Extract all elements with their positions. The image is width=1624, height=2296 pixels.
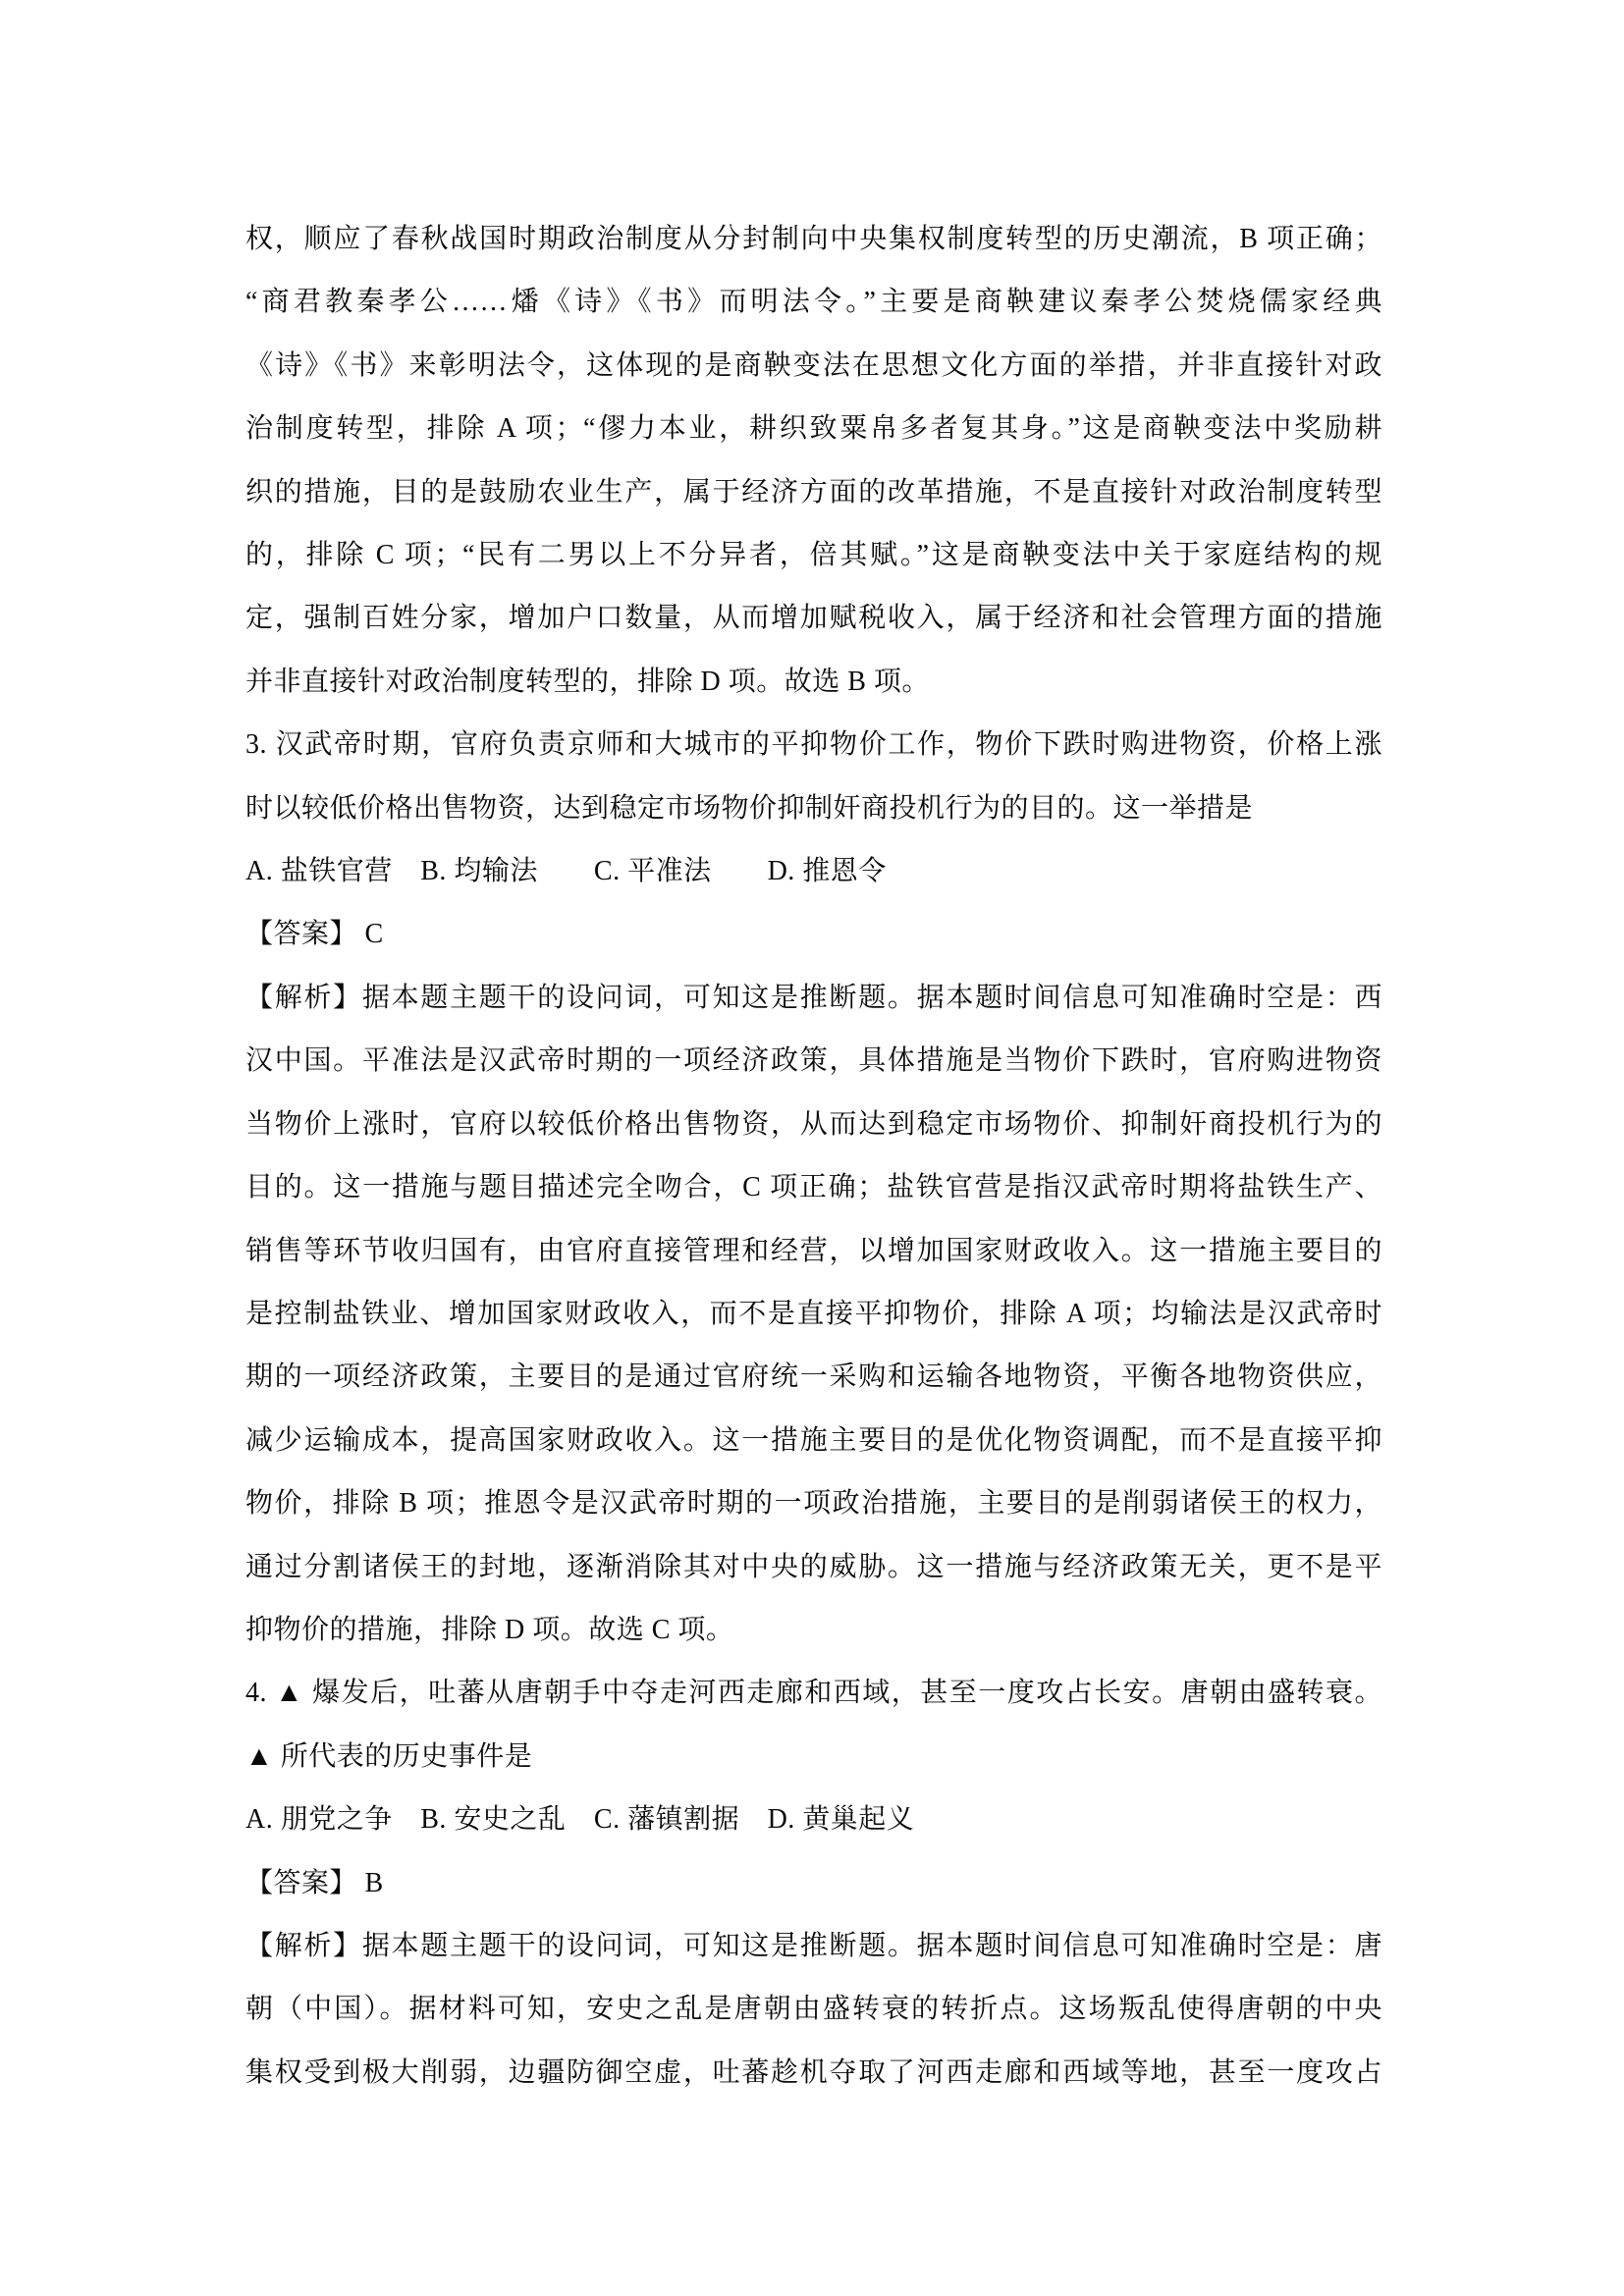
question-3: 3. 汉武帝时期，官府负责京师和大城市的平抑物价工作，物价下跌时购进物资，价格上…: [245, 714, 1382, 1662]
analysis-line: 减少运输成本，提高国家财政收入。这一措施主要目的是优化物资调配，而不是直接平抑: [245, 1410, 1382, 1472]
analysis-line: 织的措施，目的是鼓励农业生产，属于经济方面的改革措施，不是直接针对政治制度转型: [245, 461, 1382, 524]
analysis-line: 《诗》《书》来彰明法令，这体现的是商鞅变法在思想文化方面的举措，并非直接针对政: [245, 335, 1382, 398]
question-stem-line: 4. ▲ 爆发后，吐蕃从唐朝手中夺走河西走廊和西域，甚至一度攻占长安。唐朝由盛转…: [245, 1662, 1382, 1725]
options-line: A. 盐铁官营 B. 均输法 C. 平准法 D. 推恩令: [245, 840, 1382, 903]
analysis-line: 治制度转型，排除 A 项；“僇力本业，耕织致粟帛多者复其身。”这是商鞅变法中奖励…: [245, 398, 1382, 460]
analysis-line: 的，排除 C 项；“民有二男以上不分异者，倍其赋。”这是商鞅变法中关于家庭结构的…: [245, 524, 1382, 587]
analysis-line: “商君教秦孝公……燔《诗》《书》而明法令。”主要是商鞅建议秦孝公焚烧儒家经典: [245, 271, 1382, 334]
analysis-line: 是控制盐铁业、增加国家财政收入，而不是直接平抑物价，排除 A 项；均输法是汉武帝…: [245, 1283, 1382, 1346]
document-body: 权，顺应了春秋战国时期政治制度从分封制向中央集权制度转型的历史潮流，B 项正确；…: [245, 208, 1382, 2105]
question-4: 4. ▲ 爆发后，吐蕃从唐朝手中夺走河西走廊和西域，甚至一度攻占长安。唐朝由盛转…: [245, 1662, 1382, 2105]
document-page: 权，顺应了春秋战国时期政治制度从分封制向中央集权制度转型的历史潮流，B 项正确；…: [0, 0, 1624, 2296]
answer-line: 【答案】 C: [245, 903, 1382, 966]
analysis-line: 并非直接针对政治制度转型的，排除 D 项。故选 B 项。: [245, 651, 1382, 714]
analysis-line: 期的一项经济政策，主要目的是通过官府统一采购和运输各地物资，平衡各地物资供应，: [245, 1346, 1382, 1409]
analysis-line: 汉中国。平准法是汉武帝时期的一项经济政策，具体措施是当物价下跌时，官府购进物资: [245, 1030, 1382, 1093]
question-stem-line: 3. 汉武帝时期，官府负责京师和大城市的平抑物价工作，物价下跌时购进物资，价格上…: [245, 714, 1382, 776]
analysis-line: 集权受到极大削弱，边疆防御空虚，吐蕃趁机夺取了河西走廊和西域等地，甚至一度攻占: [245, 2042, 1382, 2105]
analysis-line: 目的。这一措施与题目描述完全吻合，C 项正确；盐铁官营是指汉武帝时期将盐铁生产、: [245, 1156, 1382, 1219]
analysis-line: 当物价上涨时，官府以较低价格出售物资，从而达到稳定市场物价、抑制奸商投机行为的: [245, 1094, 1382, 1156]
analysis-line: 抑物价的措施，排除 D 项。故选 C 项。: [245, 1599, 1382, 1662]
analysis-line: 朝（中国）。据材料可知，安史之乱是唐朝由盛转衰的转折点。这场叛乱使得唐朝的中央: [245, 1978, 1382, 2041]
options-line: A. 朋党之争 B. 安史之乱 C. 藩镇割据 D. 黄巢起义: [245, 1789, 1382, 1851]
analysis-line: 权，顺应了春秋战国时期政治制度从分封制向中央集权制度转型的历史潮流，B 项正确；: [245, 208, 1382, 271]
analysis-line: 【解析】据本题主题干的设问词，可知这是推断题。据本题时间信息可知准确时空是：西: [245, 967, 1382, 1030]
analysis-line: 定，强制百姓分家，增加户口数量，从而增加赋税收入，属于经济和社会管理方面的措施: [245, 587, 1382, 650]
analysis-line: 通过分割诸侯王的封地，逐渐消除其对中央的威胁。这一措施与经济政策无关，更不是平: [245, 1536, 1382, 1599]
question-stem-line: ▲ 所代表的历史事件是: [245, 1726, 1382, 1789]
analysis-line: 【解析】据本题主题干的设问词，可知这是推断题。据本题时间信息可知准确时空是：唐: [245, 1915, 1382, 1978]
analysis-line: 销售等环节收归国有，由官府直接管理和经营，以增加国家财政收入。这一措施主要目的: [245, 1220, 1382, 1283]
question-stem-line: 时以较低价格出售物资，达到稳定市场物价抑制奸商投机行为的目的。这一举措是: [245, 777, 1382, 840]
analysis-line: 物价，排除 B 项；推恩令是汉武帝时期的一项政治措施，主要目的是削弱诸侯王的权力…: [245, 1472, 1382, 1535]
question-2-analysis-continuation: 权，顺应了春秋战国时期政治制度从分封制向中央集权制度转型的历史潮流，B 项正确；…: [245, 208, 1382, 714]
answer-line: 【答案】 B: [245, 1852, 1382, 1915]
